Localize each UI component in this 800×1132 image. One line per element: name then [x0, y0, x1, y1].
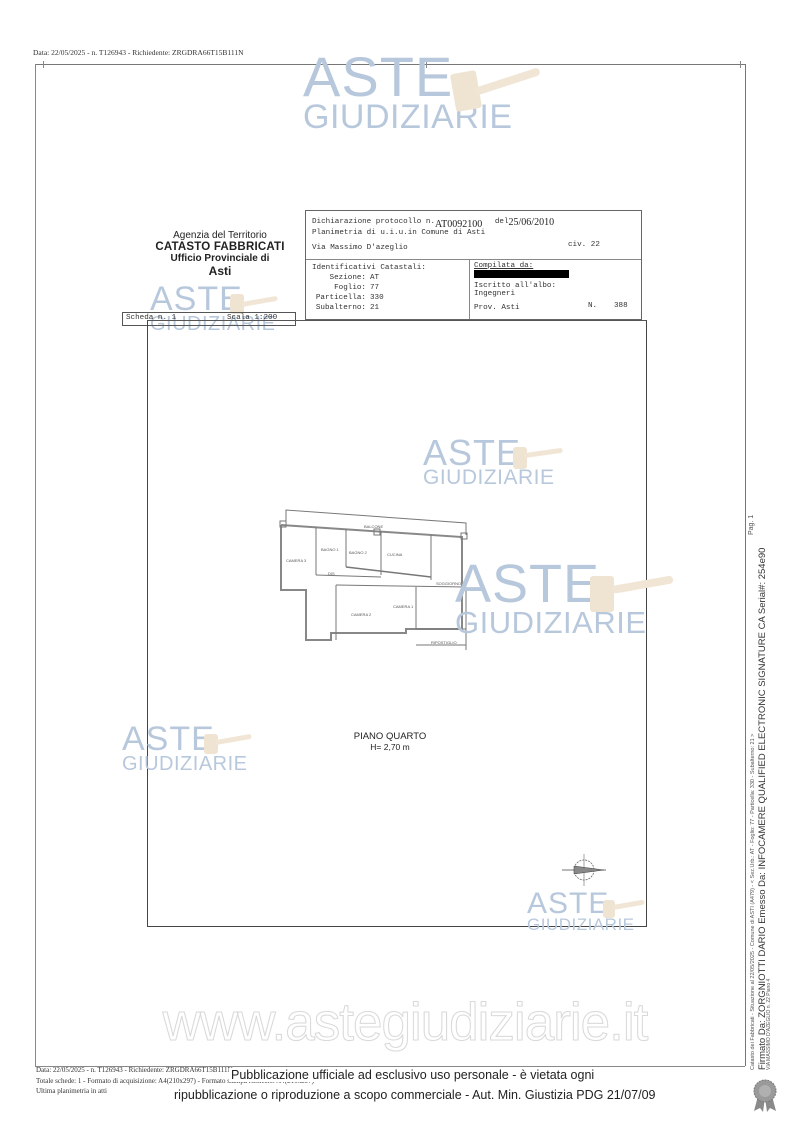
identifier-value: 330: [370, 294, 384, 302]
watermark-logo: ASTE GIUDIZIARIE: [122, 724, 248, 773]
identifier-label: Particella:: [306, 294, 366, 302]
watermark-logo: ASTE GIUDIZIARIE: [527, 890, 635, 932]
watermark-logo: ASTE GIUDIZIARIE: [303, 52, 513, 133]
register-number-label: N.: [588, 302, 597, 310]
frame-border-left: [35, 64, 36, 1066]
identifier-value: 21: [370, 304, 379, 312]
room-label: CUCINA: [387, 552, 402, 557]
identifier-row: Foglio:77: [306, 284, 416, 292]
floor-label: PIANO QUARTO H= 2,70 m: [330, 731, 450, 752]
publication-notice-line1: Pubblicazione ufficiale ad esclusivo uso…: [229, 1068, 596, 1082]
agency-block: Agenzia del Territorio CATASTO FABBRICAT…: [150, 230, 290, 278]
identifier-label: Subalterno:: [306, 304, 366, 312]
frame-tick: [41, 64, 47, 70]
identifier-label: Sezione:: [306, 274, 366, 282]
room-label: CAMERA 3: [286, 558, 306, 563]
office-city: Asti: [150, 264, 290, 278]
watermark-logo: ASTE GIUDIZIARIE: [455, 560, 647, 636]
page-identifier: Pag. 1: [748, 515, 755, 535]
cadastral-situation-text: Catasto dei Fabbricati - Situazione al 2…: [750, 734, 756, 1070]
identifier-row: Subalterno:21: [306, 304, 416, 312]
cadastral-identifiers: Identificativi Catastali: Sezione:ATFogl…: [306, 260, 470, 319]
identifiers-title: Identificativi Catastali:: [312, 264, 426, 272]
room-label: RIPOSTIGLIO: [431, 640, 457, 645]
footer-last-plan: Ultima planimetria in atti: [36, 1087, 107, 1095]
floor-height: H= 2,70 m: [330, 742, 450, 752]
watermark-giudiziarie-text: GIUDIZIARIE: [303, 102, 513, 133]
request-header: Data: 22/05/2025 - n. T126943 - Richiede…: [33, 48, 244, 57]
date-label: del: [495, 218, 509, 226]
room-label: BAGNO 1: [321, 547, 339, 552]
compiled-by-label: Compilata da:: [474, 262, 533, 270]
address: Via Massimo D'azeglio: [312, 244, 408, 252]
plan-description: Planimetria di u.i.u.in Comune di Asti: [312, 229, 485, 237]
register-value: Ingegneri: [474, 290, 515, 298]
identifier-row: Particella:330: [306, 294, 416, 302]
identifier-value: AT: [370, 274, 379, 282]
identifier-value: 77: [370, 284, 379, 292]
watermark-logo: ASTE GIUDIZIARIE: [423, 437, 555, 488]
register-number: 388: [614, 302, 628, 310]
room-label: CAMERA 2: [351, 612, 371, 617]
frame-tick: [738, 64, 744, 70]
watermark-giudiziarie-text: GIUDIZIARIE: [423, 469, 555, 488]
identifier-label: Foglio:: [306, 284, 366, 292]
seal-icon: [748, 1078, 782, 1112]
room-label: BAGNO 2: [349, 550, 367, 555]
watermark-giudiziarie-text: GIUDIZIARIE: [527, 917, 635, 932]
catasto-title: CATASTO FABBRICATI: [150, 241, 290, 253]
floor-name: PIANO QUARTO: [330, 731, 450, 742]
room-label: CAMERA 1: [393, 604, 413, 609]
footer-request-line: Data: 22/05/2025 - n. T126943 - Richiede…: [36, 1066, 233, 1074]
province: Prov. Asti: [474, 304, 520, 312]
watermark-giudiziarie-text: GIUDIZIARIE: [122, 755, 248, 773]
compiled-by-redacted: [474, 270, 569, 278]
protocol-date: 25/06/2010: [509, 217, 555, 228]
protocol-label: Dichiarazione protocollo n.: [312, 218, 435, 226]
office-label: Ufficio Provinciale di: [150, 253, 290, 264]
watermark-giudiziarie-text: GIUDIZIARIE: [455, 609, 647, 637]
declaration-header: Dichiarazione protocollo n.AT0092100 del…: [306, 211, 641, 260]
website-watermark: www.astegiudiziarie.it: [160, 992, 650, 1053]
compiler-info: Compilata da: Iscritto all'albo: Ingegne…: [470, 260, 641, 319]
room-label: DIS: [328, 571, 335, 576]
room-label: BALCONE: [364, 524, 383, 529]
watermark-aste-text: ASTE: [303, 52, 513, 102]
register-label: Iscritto all'albo:: [474, 282, 556, 290]
publication-notice-line2: ripubblicazione o riproduzione a scopo c…: [174, 1088, 656, 1102]
identifier-row: Sezione:AT: [306, 274, 416, 282]
declaration-box: Dichiarazione protocollo n.AT0092100 del…: [305, 210, 642, 320]
address-side-text: VIA MASSIMO D'AZEGLIO n. 22 Piano 4: [766, 979, 772, 1070]
civic-number: civ. 22: [568, 241, 600, 249]
frame-border-right: [745, 64, 746, 1066]
agency-name: Agenzia del Territorio: [150, 230, 290, 241]
